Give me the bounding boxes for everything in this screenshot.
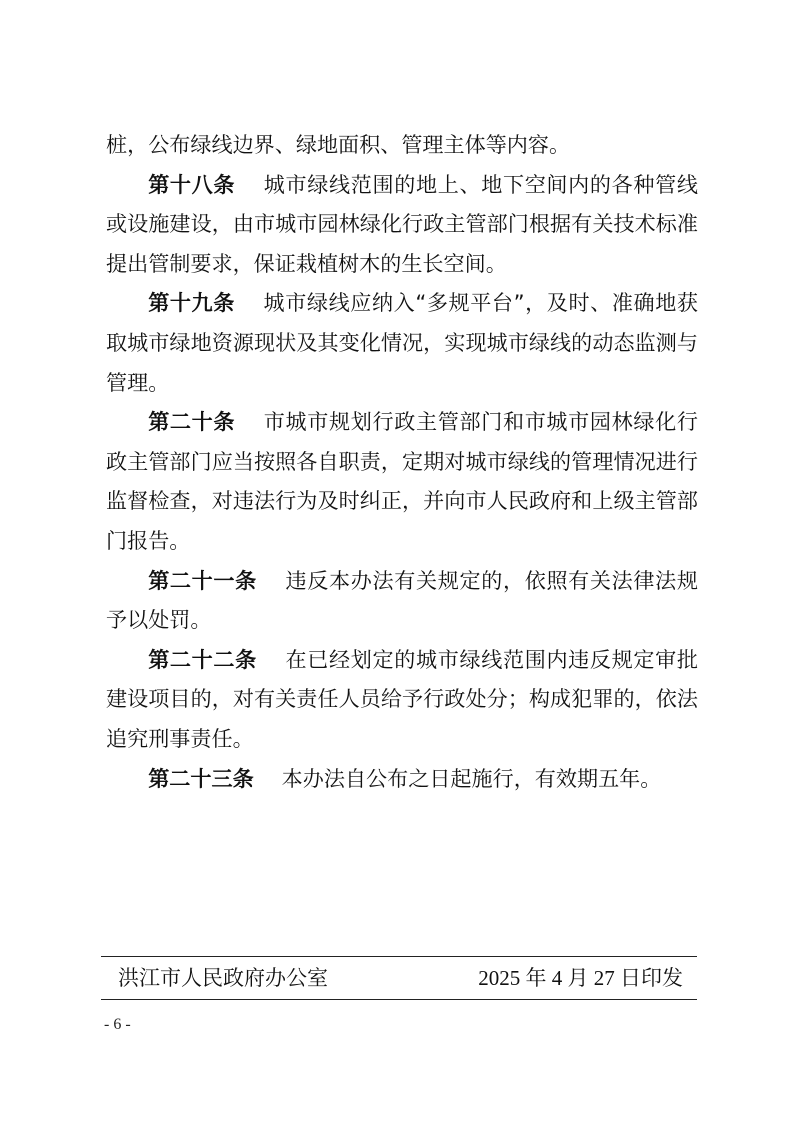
paragraph-continuation: 桩，公布绿线边界、绿地面积、管理主体等内容。 [106,125,698,165]
article-22: 第二十二条在已经划定的城市绿线范围内违反规定审批建设项目的，对有关责任人员给予行… [106,640,698,759]
article-number: 第二十条 [148,409,235,434]
article-20: 第二十条市城市规划行政主管部门和市城市园林绿化行政主管部门应当按照各自职责，定期… [106,402,698,560]
article-number: 第十八条 [148,172,235,197]
article-21: 第二十一条违反本办法有关规定的，依照有关法律法规予以处罚。 [106,561,698,640]
issuing-office: 洪江市人民政府办公室 [118,965,328,991]
issue-date: 2025 年 4 月 27 日印发 [478,965,683,991]
article-number: 第二十二条 [148,647,257,672]
article-19: 第十九条城市绿线应纳入“多规平台”，及时、准确地获取城市绿地资源现状及其变化情况… [106,283,698,402]
article-number: 第二十三条 [148,766,253,791]
article-text: 本办法自公布之日起施行，有效期五年。 [282,766,662,791]
paragraph-text: 桩，公布绿线边界、绿地面积、管理主体等内容。 [106,132,570,157]
article-23: 第二十三条本办法自公布之日起施行，有效期五年。 [106,759,698,799]
article-number: 第十九条 [148,290,235,315]
imprint-block: 洪江市人民政府办公室 2025 年 4 月 27 日印发 [101,956,697,1000]
document-body: 桩，公布绿线边界、绿地面积、管理主体等内容。 第十八条城市绿线范围的地上、地下空… [106,125,698,798]
page-number: - 6 - [104,1014,131,1036]
article-18: 第十八条城市绿线范围的地上、地下空间内的各种管线或设施建设，由市城市园林绿化行政… [106,165,698,284]
article-number: 第二十一条 [148,568,257,593]
